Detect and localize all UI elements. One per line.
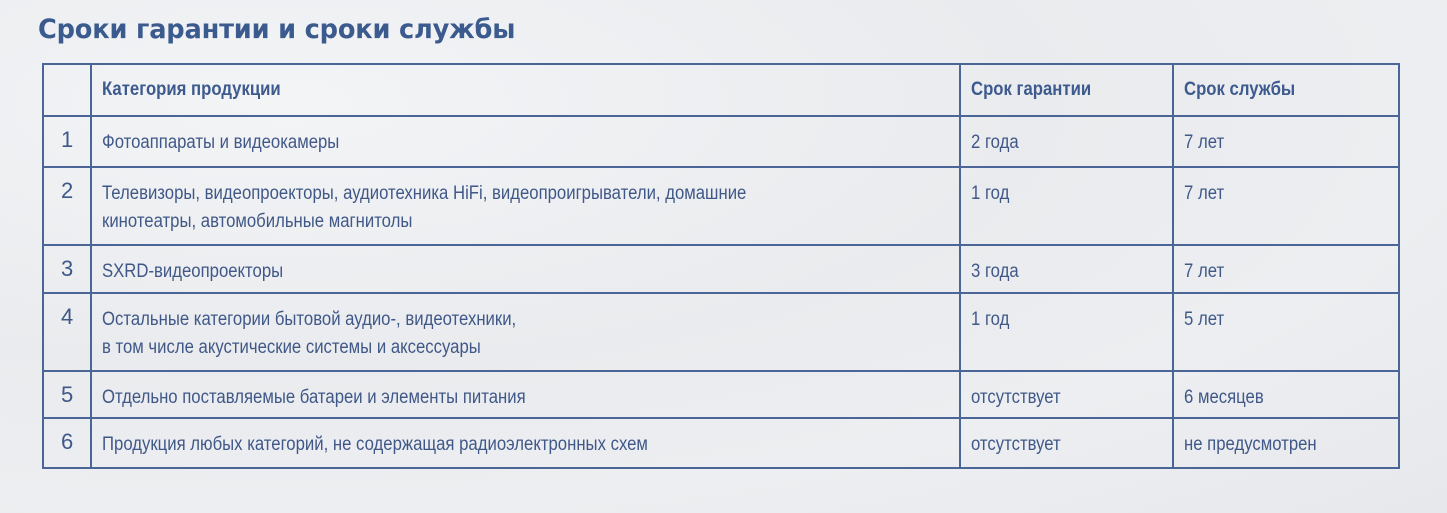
- row-service-life: 7 лет: [1173, 167, 1399, 245]
- row-number: 2: [43, 167, 91, 245]
- warranty-value: 1 год: [971, 180, 1148, 208]
- table-row: 6 Продукция любых категорий, не содержащ…: [43, 418, 1399, 468]
- row-number: 5: [43, 371, 91, 418]
- row-warranty: отсутствует: [960, 371, 1174, 418]
- warranty-table: Категория продукции Срок гарантии Срок с…: [42, 63, 1400, 469]
- header-warranty: Срок гарантии: [960, 64, 1174, 116]
- service-life-value: 6 месяцев: [1184, 384, 1372, 412]
- warranty-value: 2 года: [971, 129, 1148, 157]
- header-service-life: Срок службы: [1173, 64, 1399, 116]
- table-row: 4 Остальные категории бытовой аудио-, ви…: [43, 293, 1399, 371]
- category-line: Отдельно поставляемые батареи и элементы…: [102, 384, 856, 412]
- row-category: Отдельно поставляемые батареи и элементы…: [91, 371, 960, 418]
- row-category: Телевизоры, видеопроекторы, аудиотехника…: [91, 167, 960, 245]
- row-warranty: 3 года: [960, 245, 1174, 293]
- row-category: Остальные категории бытовой аудио-, виде…: [91, 293, 960, 371]
- service-life-value: 7 лет: [1184, 180, 1372, 208]
- row-category: Фотоаппараты и видеокамеры: [91, 116, 960, 167]
- category-line: Фотоаппараты и видеокамеры: [102, 129, 856, 157]
- category-line: Продукция любых категорий, не содержащая…: [102, 431, 856, 459]
- warranty-value: отсутствует: [971, 431, 1148, 459]
- table-row: 1 Фотоаппараты и видеокамеры 2 года 7 ле…: [43, 116, 1399, 167]
- row-service-life: 6 месяцев: [1173, 371, 1399, 418]
- header-warranty-label: Срок гарантии: [971, 79, 1091, 101]
- category-line: Телевизоры, видеопроекторы, аудиотехника…: [102, 180, 856, 208]
- table-row: 3 SXRD-видеопроекторы 3 года 7 лет: [43, 245, 1399, 293]
- row-number: 3: [43, 245, 91, 293]
- table-row: 2 Телевизоры, видеопроекторы, аудиотехни…: [43, 167, 1399, 245]
- table-row: 5 Отдельно поставляемые батареи и элемен…: [43, 371, 1399, 418]
- row-category: SXRD-видеопроекторы: [91, 245, 960, 293]
- service-life-value: 7 лет: [1184, 129, 1372, 157]
- warranty-value: 1 год: [971, 306, 1148, 334]
- category-line: кинотеатры, автомобильные магнитолы: [102, 208, 856, 236]
- page-title: Сроки гарантии и сроки службы: [38, 14, 515, 45]
- row-warranty: отсутствует: [960, 418, 1174, 468]
- row-service-life: 7 лет: [1173, 116, 1399, 167]
- row-number: 4: [43, 293, 91, 371]
- warranty-value: отсутствует: [971, 384, 1148, 412]
- service-life-value: 7 лет: [1184, 258, 1372, 286]
- category-line: в том числе акустические системы и аксес…: [102, 334, 856, 362]
- row-warranty: 1 год: [960, 167, 1174, 245]
- row-service-life: не предусмотрен: [1173, 418, 1399, 468]
- row-service-life: 5 лет: [1173, 293, 1399, 371]
- row-service-life: 7 лет: [1173, 245, 1399, 293]
- row-category: Продукция любых категорий, не содержащая…: [91, 418, 960, 468]
- service-life-value: 5 лет: [1184, 306, 1372, 334]
- service-life-value: не предусмотрен: [1184, 431, 1372, 459]
- header-category: Категория продукции: [91, 64, 960, 116]
- header-service-life-label: Срок службы: [1184, 79, 1295, 101]
- header-category-label: Категория продукции: [102, 79, 281, 101]
- header-number: [43, 64, 91, 116]
- row-warranty: 2 года: [960, 116, 1174, 167]
- row-number: 6: [43, 418, 91, 468]
- warranty-value: 3 года: [971, 258, 1148, 286]
- category-line: Остальные категории бытовой аудио-, виде…: [102, 306, 856, 334]
- table-header-row: Категория продукции Срок гарантии Срок с…: [43, 64, 1399, 116]
- row-warranty: 1 год: [960, 293, 1174, 371]
- row-number: 1: [43, 116, 91, 167]
- category-line: SXRD-видеопроекторы: [102, 258, 856, 286]
